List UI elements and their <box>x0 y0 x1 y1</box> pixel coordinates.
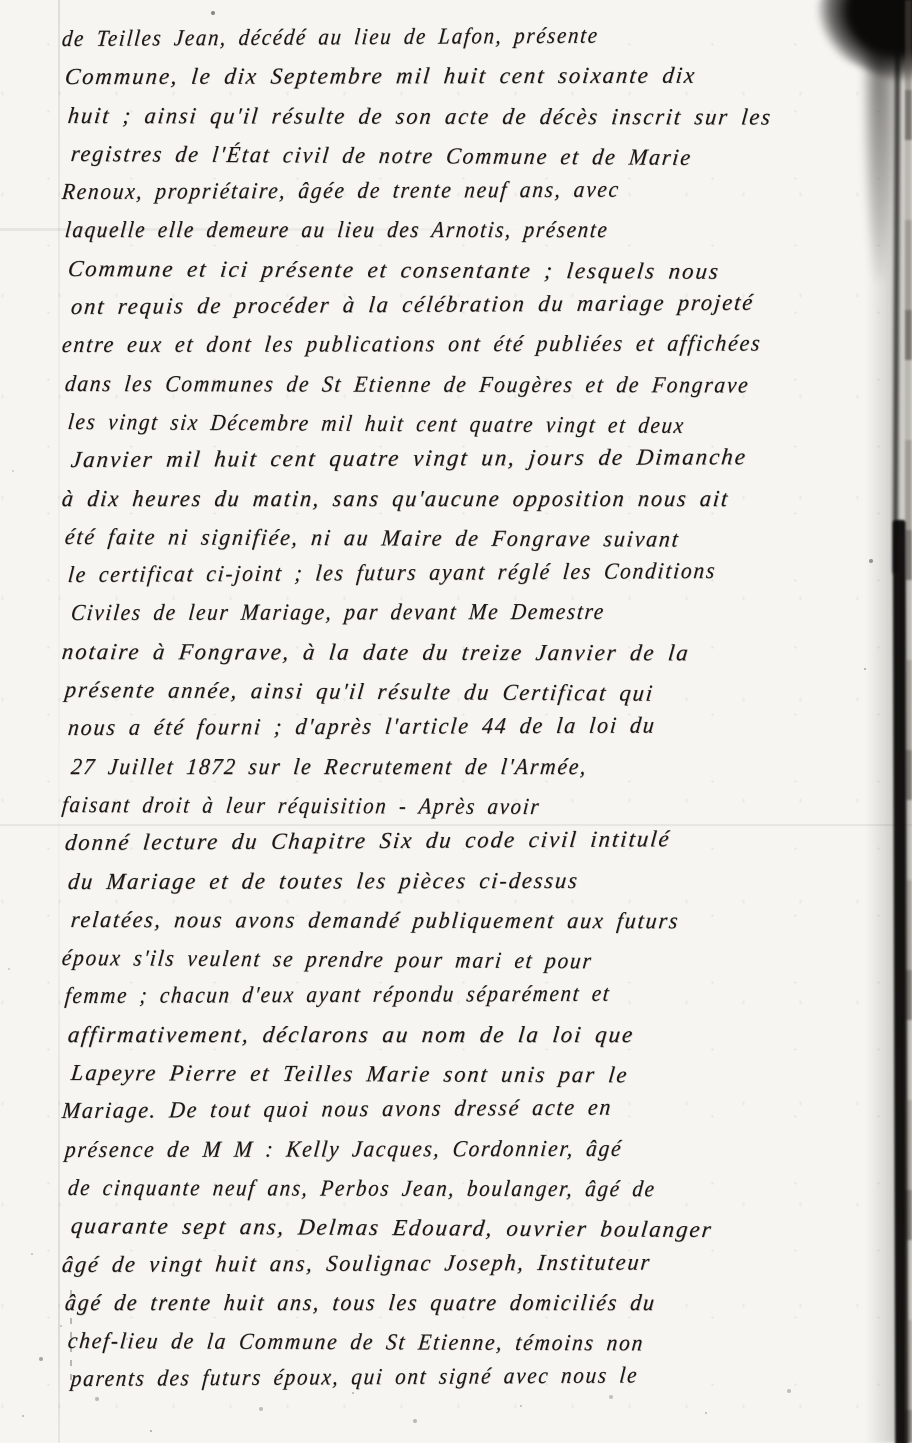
handwritten-line: le certificat ci-joint ; les futurs ayan… <box>66 551 843 594</box>
handwritten-line: dans les Communes de St Etienne de Fougè… <box>63 365 841 405</box>
document-text: de Teilles Jean, décédé au lieu de Lafon… <box>62 20 902 1399</box>
paper-speckles <box>0 0 2 2</box>
handwritten-line: Commune, le dix Septembre mil huit cent … <box>63 57 895 97</box>
handwritten-line: âgé de trente huit ans, tous les quatre … <box>63 1284 859 1322</box>
handwritten-line: Janvier mil huit cent quatre vingt un, j… <box>69 438 901 480</box>
handwritten-line: 27 Juillet 1872 sur le Recrutement de l'… <box>69 748 846 786</box>
scan-page: { "page": { "paper_color": "#f6f5f1", "i… <box>0 0 912 1443</box>
handwritten-line: de Teilles Jean, décédé au lieu de Lafon… <box>60 15 819 58</box>
handwritten-line: Mariage. De tout quoi nous avons dressé … <box>60 1087 856 1130</box>
handwritten-line: notaire à Fongrave, à la date du treize … <box>60 633 892 673</box>
handwritten-line: Renoux, propriétaire, âgée de trente neu… <box>60 170 837 212</box>
handwritten-line: entre eux et dont les publications ont é… <box>60 325 856 365</box>
handwritten-line: ont requis de procéder à la célébration … <box>69 283 883 326</box>
handwritten-line: présence de M M : Kelly Jacques, Cordonn… <box>63 1129 841 1169</box>
handwritten-line: huit ; ainsi qu'il résulte de son acte d… <box>66 97 880 137</box>
handwritten-line: relatées, nous avons demandé publiquemen… <box>69 901 865 941</box>
handwritten-line: du Mariage et de toutes les pièces ci-de… <box>66 861 880 901</box>
handwritten-line: donné lecture du Chapitre Six du code ci… <box>63 819 895 863</box>
handwritten-line: affirmativement, déclarons au nom de la … <box>66 1016 898 1054</box>
handwritten-line: laquelle elle demeure au lieu des Arnoti… <box>63 211 822 249</box>
handwritten-line: âgé de vingt huit ans, Soulignac Joseph,… <box>60 1242 873 1284</box>
handwritten-line: à dix heures du matin, sans qu'aucune op… <box>60 480 874 518</box>
fold-crease-vertical <box>58 0 60 1443</box>
handwritten-line: de cinquante neuf ans, Perbos Jean, boul… <box>66 1169 825 1209</box>
handwritten-line: nous a été fourni ; d'après l'article 44… <box>66 706 862 748</box>
handwritten-line: femme ; chacun d'eux ayant répondu sépar… <box>63 974 822 1015</box>
handwritten-line: parents des futurs époux, qui ont signé … <box>69 1356 829 1399</box>
handwritten-line: Civiles de leur Mariage, par devant Me D… <box>69 593 829 633</box>
binding-edge-strip <box>905 0 912 1443</box>
